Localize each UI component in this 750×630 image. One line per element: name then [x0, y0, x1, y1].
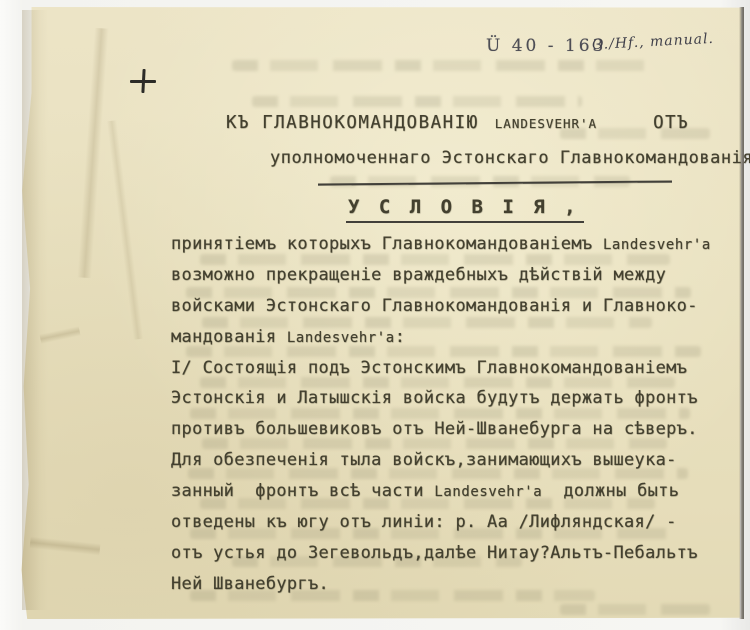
body-line: противъ большевиковъ отъ Ней-Шванебурга …: [171, 414, 743, 445]
body-line: Ней Шванебургъ.: [171, 569, 743, 600]
document-header-line2: уполномоченнаго Эстонскаго Главнокомандо…: [270, 148, 750, 168]
document-body: принятіемъ которыхъ Главнокомандованіемъ…: [171, 229, 743, 600]
body-line: Для обезпеченія тыла войскъ,занимающихъ …: [171, 445, 743, 476]
bleedthrough-line: [232, 60, 652, 71]
document-scan: Ü 40 - 163 O./Hf., manual. КЪ ГЛАВНОКОМА…: [0, 0, 750, 630]
document-title: У С Л О В І Я ,: [346, 196, 584, 223]
handwritten-archive-number: Ü 40 - 163: [486, 36, 606, 56]
header-from: ОТЪ: [653, 113, 689, 133]
body-line: принятіемъ которыхъ Главнокомандованіемъ…: [171, 229, 743, 260]
document-header-line1: КЪ ГЛАВНОКОМАНДОВАНІЮ LANDESVEHR'A ОТЪ: [226, 113, 689, 133]
body-line: отведены къ югу отъ линіи: р. Аа /Лифлян…: [171, 507, 743, 538]
header-landesvehr: LANDESVEHR'A: [495, 116, 597, 131]
bleedthrough-line: [252, 96, 582, 107]
body-line: Эстонскія и Латышскія войска будутъ держ…: [171, 383, 743, 414]
body-line: I/ Состоящія подъ Эстонскимъ Главнокоман…: [171, 353, 743, 384]
cross-registration-mark: [130, 68, 156, 94]
body-line: мандованія Landesvehr'a:: [171, 322, 743, 353]
body-line: занный фронтъ всѣ части Landesvehr'a дол…: [171, 476, 743, 507]
body-line: войсками Эстонскаго Главнокомандованія и…: [171, 291, 743, 322]
body-line: отъ устья до Зегевольдъ,далѣе Нитау?Альт…: [171, 538, 743, 569]
body-line: возможно прекращеніе враждебныхъ дѣйстві…: [171, 260, 743, 291]
bleedthrough-line: [560, 604, 710, 615]
header-addressee: КЪ ГЛАВНОКОМАНДОВАНІЮ: [226, 113, 479, 133]
